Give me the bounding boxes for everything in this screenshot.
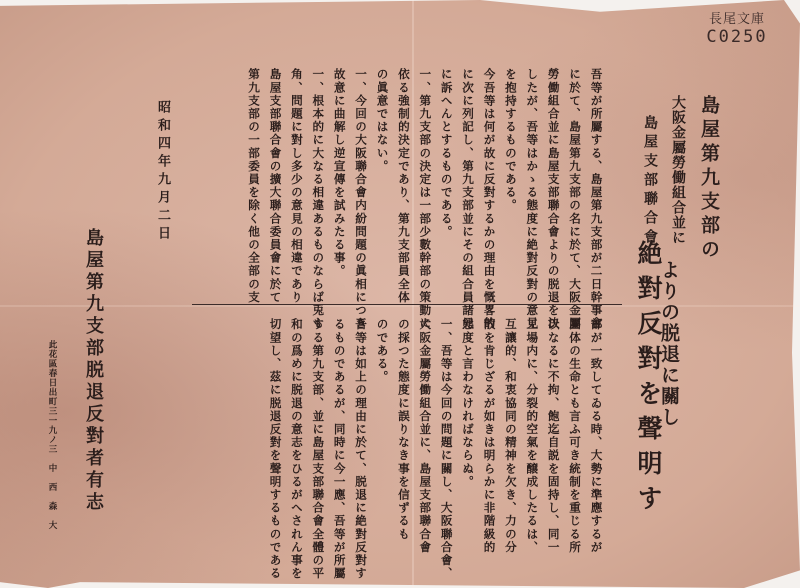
text-column: 一、第九支部の決定は一部少數幹部の策動に — [415, 68, 436, 296]
title-line-1: 島屋第九支部の — [696, 95, 723, 263]
text-column: 態度と言わなければならぬ。 — [458, 318, 479, 563]
text-column: 一、吾等は今回の問題に關し、大阪聯合會、 — [436, 318, 457, 563]
text-column: 吾等が所屬する、島屋第九支部が二日幹事會 — [586, 68, 607, 296]
text-column: 第九支部の一部委員を除く他の全部の支 — [244, 68, 265, 296]
text-column: 部が一致してゐる時、大勢に準應するが — [586, 318, 607, 563]
text-column: する第九支部、並に島屋支部聯合會全體の平 — [308, 318, 329, 563]
text-column: 散を肯じざるが如きは明らかに非階級的 — [479, 318, 500, 563]
text-column: 故意に曲解し逆宣傳を試みたる事。 — [329, 68, 350, 296]
archive-stamp-code: C0250 — [697, 27, 777, 47]
text-column: 大阪金屬勞働組合並に、島屋支部聯合會 — [415, 318, 436, 563]
text-column: 一、根本的に大なる相違あるものならば兎も — [308, 68, 329, 296]
text-column: るものであるが、同時に今一應、吾等が所屬 — [329, 318, 350, 563]
title-line-4: よりの脱退に關し — [656, 260, 683, 428]
text-column: 工場内に、分裂的空氣を醸成したるは、 — [522, 318, 543, 563]
text-column: 切望し、茲に脱退反對を聲明するものである — [265, 318, 286, 563]
text-column: の採つた態度に誤りなき事を信ずるも — [393, 318, 414, 563]
text-column: に次に列記し、第九支部並にその組合員諸兄 — [458, 68, 479, 296]
archive-stamp: 長尾文庫 C0250 — [697, 8, 777, 47]
text-column: 互讓的、和衷協同の精神を欠き、力の分 — [500, 318, 521, 563]
text-column: 團体の生命とも言ふ可き統制を重じる所 — [565, 318, 586, 563]
document-date: 昭和四年九月二日 — [153, 100, 172, 244]
title-line-3: 島屋支部聯合會 — [640, 115, 660, 248]
text-column: 吾等は如上の理由に於て、脱退に絶對反對す — [351, 318, 372, 563]
text-column: を抱持するものである。 — [500, 68, 521, 296]
text-column: に訴へんとするものである。 — [436, 68, 457, 296]
text-column: 和の爲めに脱退の意志をひるがへされん事を — [286, 318, 307, 563]
title-line-2: 大阪金屬勞働組合並に — [668, 95, 688, 245]
document-signer: 島屋第九支部脱退反對者有志 — [80, 228, 106, 514]
text-column: 以なるに不拘、飽迄自説を固持し、同一 — [543, 318, 564, 563]
printer-line: 此花區春日出町三一九ノ三 中 西 森 大 — [46, 340, 58, 530]
text-column: の眞意ではない。 — [372, 68, 393, 296]
text-column: したが、吾等はかゝる態度に絶對反對の意見 — [522, 68, 543, 296]
section-divider — [192, 304, 622, 305]
text-column: のである。 — [372, 318, 393, 563]
text-column: に於て、島屋第九支部の名に於て、大阪金屬 — [565, 68, 586, 296]
text-column: 今吾等は何が故に反對するかの理由を慨畧的 — [479, 68, 500, 296]
text-column: 勞働組合並に島屋支部聯合會よりの脱退を決 — [543, 68, 564, 296]
archive-stamp-label: 長尾文庫 — [697, 8, 777, 27]
text-column: 島屋支部聯合會の擴大聯合委員會に於て — [265, 68, 286, 296]
text-column: 依る強制的決定であり、第九支部員全体 — [393, 68, 414, 296]
text-column: 一、今回の大阪聯合會内紛問題の眞相につき — [351, 68, 372, 296]
text-column: 角、問題に對し多少の意見の相違であり — [286, 68, 307, 296]
